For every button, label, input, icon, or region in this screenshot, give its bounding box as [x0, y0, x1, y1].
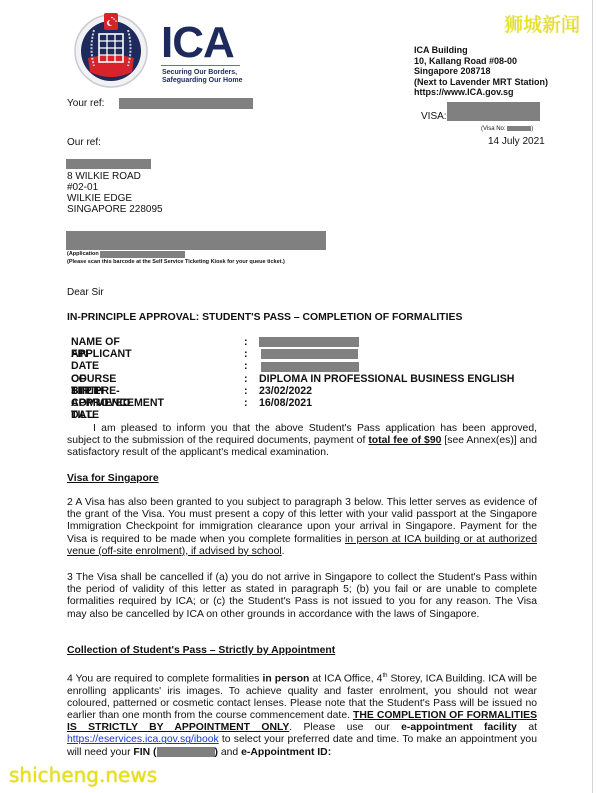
fin-redacted [261, 349, 358, 359]
heading-visa: Visa for Singapore [67, 473, 159, 484]
ica-logo-text: ICA [161, 21, 234, 65]
sender-address: ICA Building 10, Kallang Road #08-00 Sin… [414, 45, 548, 98]
visa-label: VISA: [421, 111, 447, 122]
your-ref-label: Your ref: [67, 98, 104, 109]
logo-divider [161, 65, 240, 66]
recipient-name-redacted [66, 159, 151, 169]
watermark-site: shicheng.news [9, 763, 157, 787]
heading-collection: Collection of Student's Pass – Strictly … [67, 645, 335, 656]
dob-redacted [261, 362, 359, 372]
paragraph-visa: 2 A Visa has also been granted to you su… [67, 497, 537, 558]
barcode-scan-note: (Please scan this barcode at the Self Se… [67, 259, 285, 265]
visa-no-redacted [507, 126, 531, 131]
applicant-name-redacted [259, 337, 359, 347]
recipient-address: 8 WILKIE ROAD #02-01 WILKIE EDGE SINGAPO… [67, 171, 163, 215]
fin-inline-redacted [157, 747, 215, 757]
page-edge [592, 0, 593, 793]
visa-redacted [447, 102, 540, 121]
paragraph-cancellation: 3 The Visa shall be cancelled if (a) you… [67, 572, 537, 621]
watermark-chinese: 狮城新闻 [504, 10, 580, 37]
letter-date: 14 July 2021 [488, 136, 545, 147]
logo-tagline: Securing Our Borders, Safeguarding Our H… [162, 69, 243, 85]
barcode-redacted [66, 231, 326, 250]
your-ref-redacted [119, 98, 253, 109]
paragraph-approval: I am pleased to inform you that the abov… [67, 423, 537, 460]
visa-no-label: (Visa No: ) [481, 126, 533, 132]
ica-seal-logo [72, 10, 150, 88]
total-fee: total fee of $90 [368, 435, 441, 446]
letter-subject: IN-PRINCIPLE APPROVAL: STUDENT'S PASS – … [67, 312, 462, 323]
eservices-link[interactable]: https://eservices.ica.gov.sg/ibook [67, 734, 219, 745]
salutation: Dear Sir [67, 287, 104, 298]
our-ref-label: Our ref: [67, 137, 101, 148]
application-id-redacted [100, 251, 185, 258]
paragraph-collection: 4 You are required to complete formaliti… [67, 670, 537, 759]
